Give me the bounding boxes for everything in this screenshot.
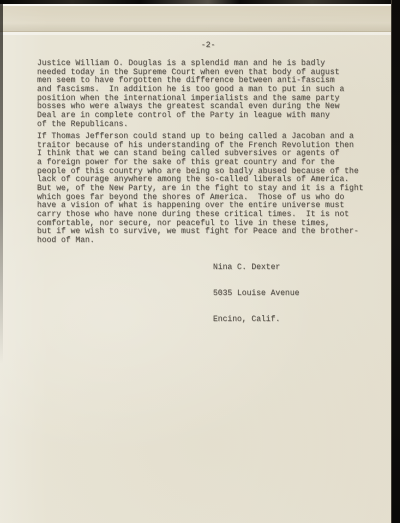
paper-fold-strip: [0, 4, 392, 32]
scan-edge-right: [391, 0, 400, 523]
page-number: -2-: [201, 42, 215, 51]
paper-edge-highlight: [0, 4, 392, 6]
scan-edge-left: [0, 4, 3, 364]
signature-name: Nina C. Dexter: [213, 264, 299, 273]
scanned-letter: -2- Justice William O. Douglas is a sple…: [0, 0, 400, 523]
signature-address-city: Encino, Calif.: [213, 316, 299, 325]
signature-block: Nina C. Dexter 5035 Louise Avenue Encino…: [213, 247, 299, 342]
letter-page: -2- Justice William O. Douglas is a sple…: [0, 4, 392, 523]
paragraph-douglas: Justice William O. Douglas is a splendid…: [37, 60, 344, 129]
paper-fold-crease: [0, 32, 392, 35]
signature-address-street: 5035 Louise Avenue: [213, 290, 299, 299]
paragraph-jefferson: If Thomas Jefferson could stand up to be…: [37, 133, 363, 246]
